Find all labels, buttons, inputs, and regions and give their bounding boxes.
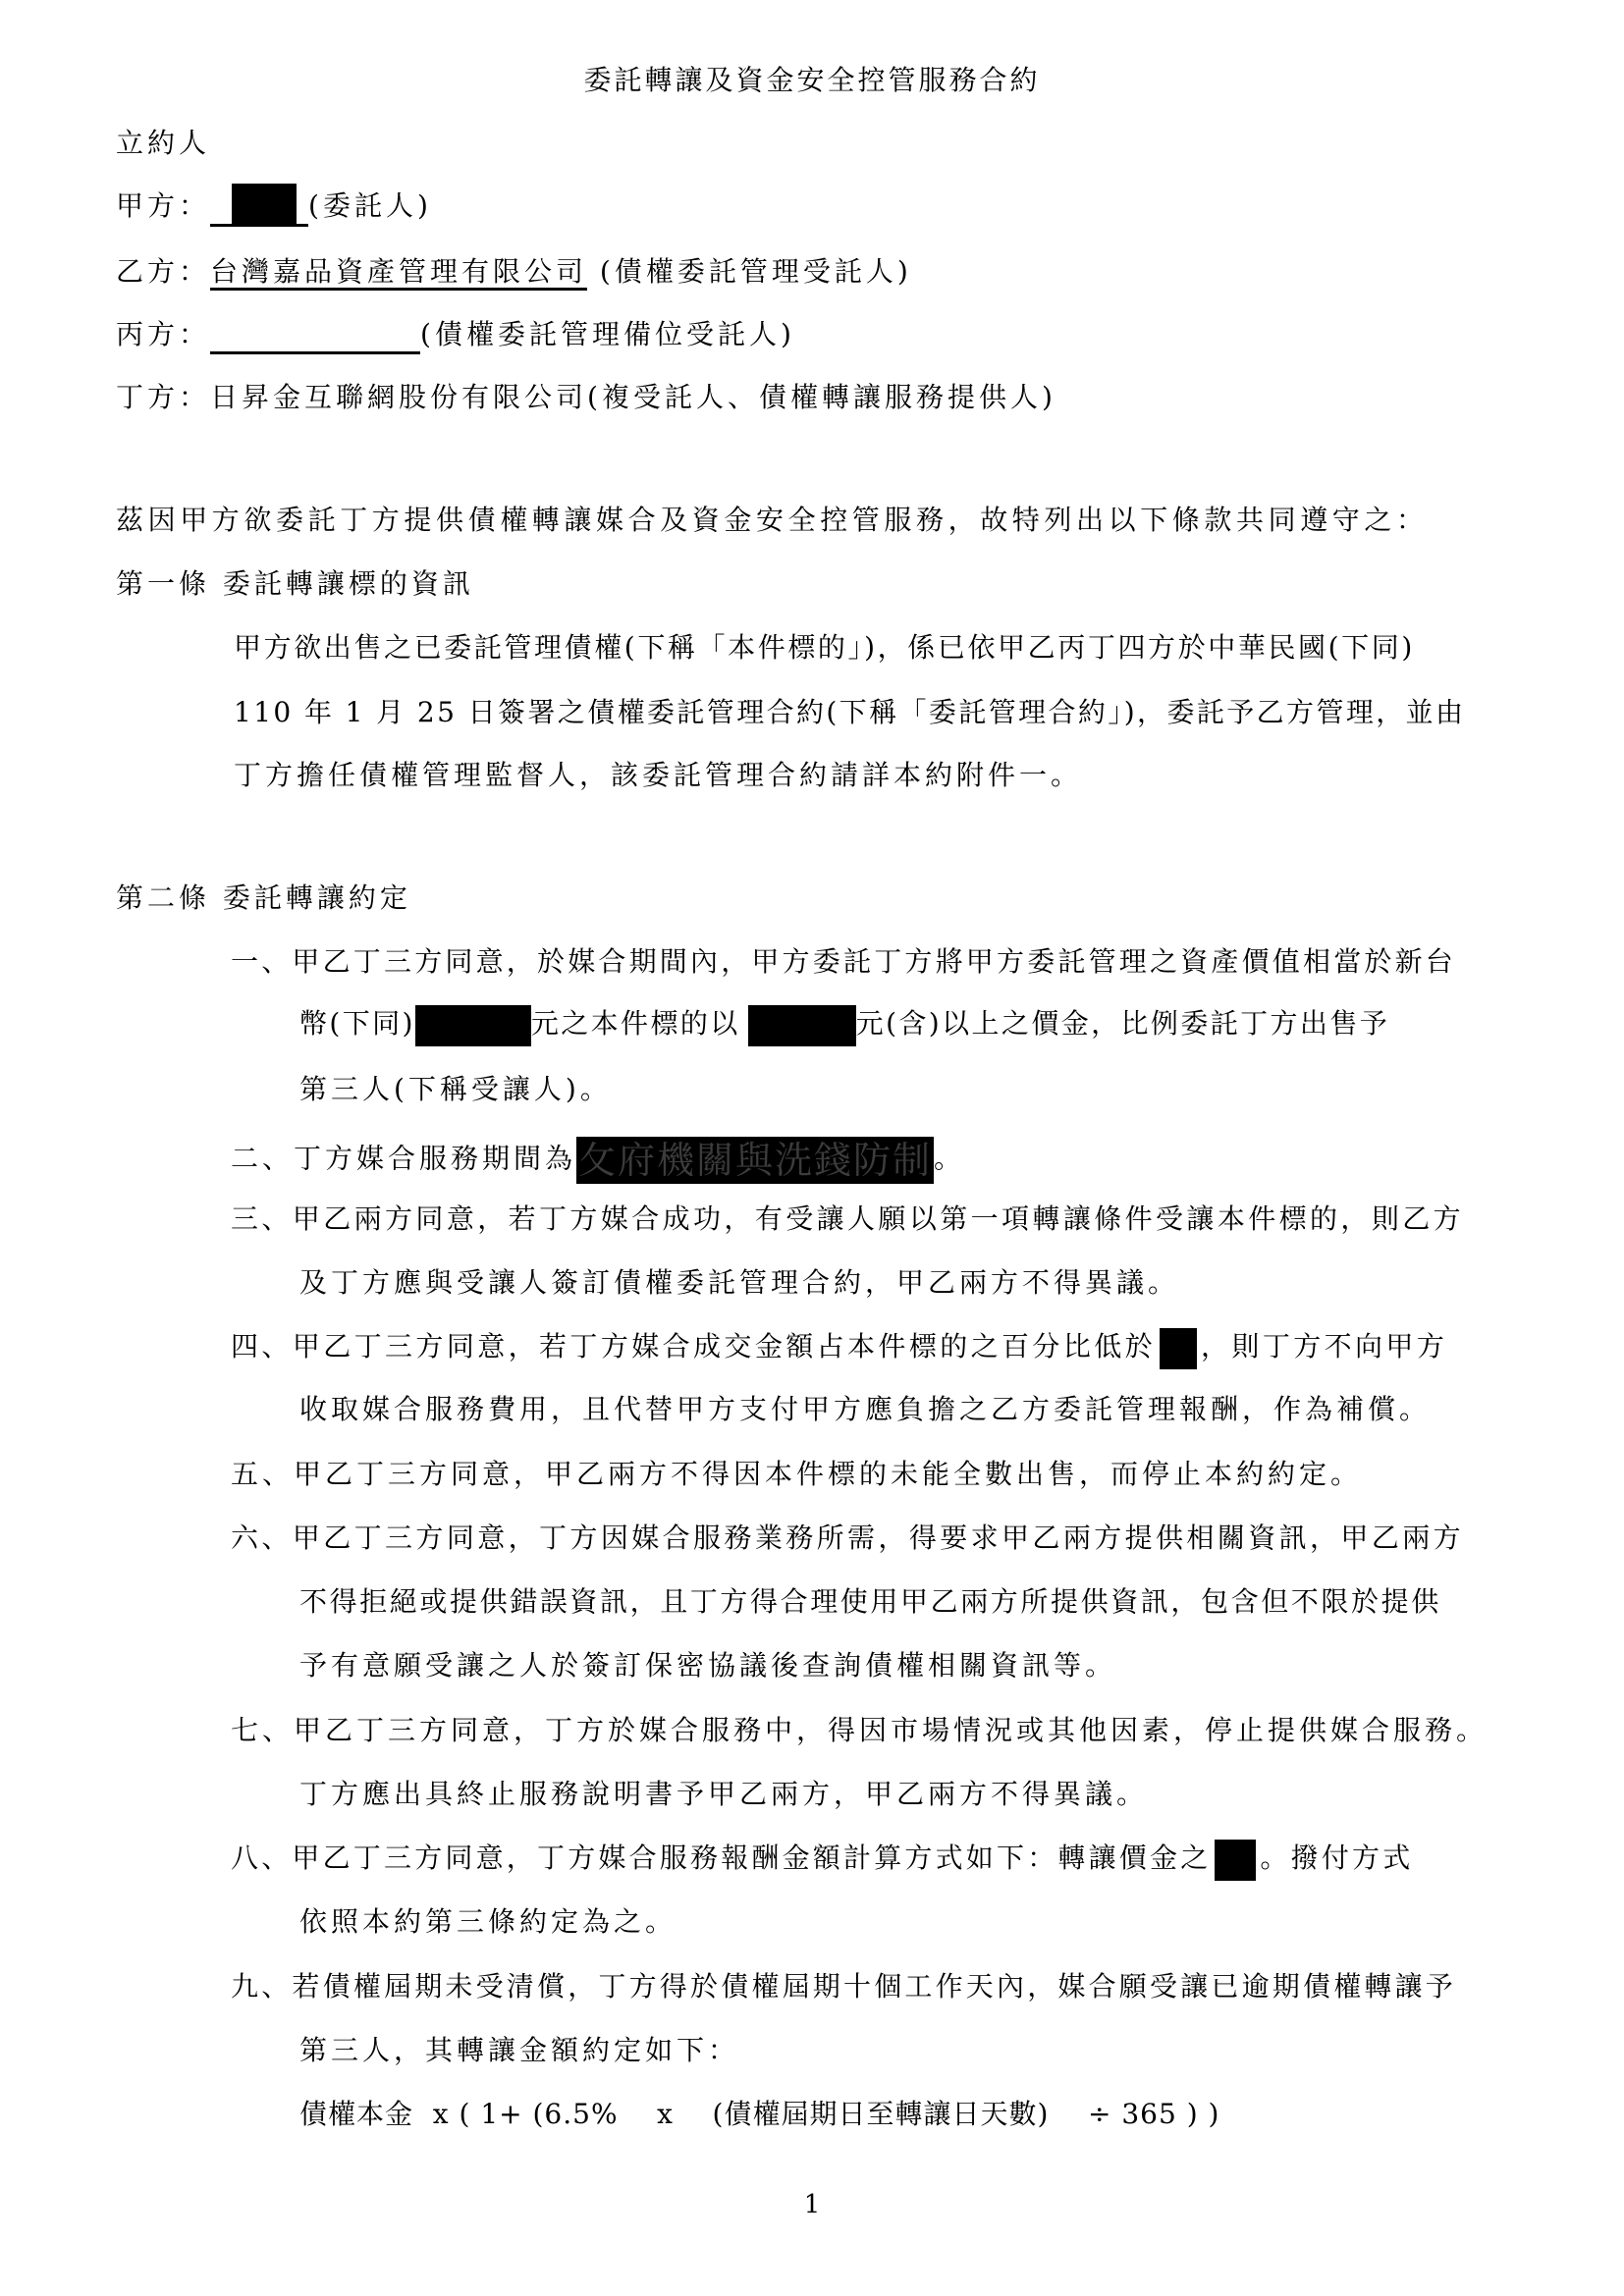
article2-item-6-line2: 不得拒絕或提供錯誤資訊，且丁方得合理使用甲乙兩方所提供資訊，包含但不限於提供 xyxy=(299,1582,1441,1622)
item-marker: 五、 xyxy=(231,1458,294,1490)
party-ding: 丁方：日昇金互聯網股份有限公司(複受託人、債權轉讓服務提供人) xyxy=(116,378,1056,417)
item-marker: 六、 xyxy=(231,1522,293,1554)
party-yi: 乙方：台灣嘉品資產管理有限公司 (債權委託管理受託人) xyxy=(116,252,912,292)
item-marker: 二、 xyxy=(231,1143,294,1175)
article2-heading: 第二條 委託轉讓約定 xyxy=(116,879,411,918)
item-marker: 四、 xyxy=(231,1330,293,1362)
item-text: 甲乙丁三方同意，丁方於媒合服務中，得因市場情況或其他因素，停止提供媒合服務。 xyxy=(294,1714,1488,1746)
item-text: 。 xyxy=(934,1143,965,1175)
party-bing-label: 丙方： xyxy=(116,318,210,350)
article2-item-8: 八、甲乙丁三方同意，丁方媒合服務報酬金額計算方式如下：轉讓價金之。撥付方式 xyxy=(231,1839,1413,1878)
article2-item-9: 九、若債權屆期未受清償，丁方得於債權屆期十個工作天內，媒合願受讓已逾期債權轉讓予 xyxy=(231,1967,1456,2006)
article2-item-6: 六、甲乙丁三方同意，丁方因媒合服務業務所需，得要求甲乙兩方提供相關資訊，甲乙兩方 xyxy=(231,1519,1464,1558)
blank-underline xyxy=(210,194,232,227)
item-text: 甲乙丁三方同意，甲乙兩方不得因本件標的未能全數出售，而停止本約約定。 xyxy=(294,1458,1362,1490)
item-text: 甲乙丁三方同意，於媒合期間內，甲方委託丁方將甲方委託管理之資產價值相當於新台 xyxy=(292,945,1456,978)
party-ding-name: 日昇金互聯網股份有限公司 xyxy=(210,381,587,413)
document-title: 委託轉讓及資金安全控管服務合約 xyxy=(0,61,1624,100)
article2-item-4-line2: 收取媒合服務費用，且代替甲方支付甲方應負擔之乙方委託管理報酬，作為補償。 xyxy=(299,1390,1431,1429)
article2-item-7-line2: 丁方應出具終止服務說明書予甲乙兩方，甲乙兩方不得異議。 xyxy=(299,1775,1148,1814)
item-text: 甲乙丁三方同意，若丁方媒合成交金額占本件標的之百分比低於 xyxy=(293,1330,1156,1362)
article2-item-2: 二、丁方媒合服務期間為攵府機關與洗錢防制。 xyxy=(231,1137,965,1176)
party-ding-role: (複受託人、債權轉讓服務提供人) xyxy=(587,381,1056,413)
transfer-amount-formula: 債權本金 x ( 1+ (6.5% x (債權屆期日至轉讓日天數) ÷ 365 … xyxy=(299,2095,1219,2134)
document-page: 委託轉讓及資金安全控管服務合約 立約人 甲方：(委託人) 乙方：台灣嘉品資產管理… xyxy=(0,0,1624,2296)
item-text: ，則丁方不向甲方 xyxy=(1201,1330,1447,1362)
item-text: 甲乙丁三方同意，丁方因媒合服務業務所需，得要求甲乙兩方提供相關資訊，甲乙兩方 xyxy=(293,1522,1464,1554)
redaction-box xyxy=(1215,1840,1256,1881)
item-text: 若債權屆期未受清償，丁方得於債權屆期十個工作天內，媒合願受讓已逾期債權轉讓予 xyxy=(292,1970,1456,2002)
article2-item-9-line2: 第三人，其轉讓金額約定如下： xyxy=(299,2031,739,2070)
party-yi-role: (債權委託管理受託人) xyxy=(587,255,912,288)
item-text: 甲乙兩方同意，若丁方媒合成功，有受讓人願以第一項轉讓條件受讓本件標的，則乙方 xyxy=(293,1202,1464,1235)
redaction-box-overlay-text: 攵府機關與洗錢防制 xyxy=(576,1137,934,1184)
article2-item-5: 五、甲乙丁三方同意，甲乙兩方不得因本件標的未能全數出售，而停止本約約定。 xyxy=(231,1455,1362,1494)
article2-item-8-line2: 依照本約第三條約定為之。 xyxy=(299,1902,677,1942)
article1-line: 110 年 1 月 25 日簽署之債權委託管理合約(下稱「委託管理合約」)，委託… xyxy=(234,693,1465,732)
party-yi-name: 台灣嘉品資產管理有限公司 xyxy=(210,255,587,291)
article2-item-3-line2: 及丁方應與受讓人簽訂債權委託管理合約，甲乙兩方不得異議。 xyxy=(299,1263,1179,1303)
redaction-box xyxy=(232,184,297,227)
page-number: 1 xyxy=(0,2185,1624,2224)
item-text: 幣(下同) xyxy=(299,1007,415,1040)
redaction-box xyxy=(748,1005,856,1046)
preamble: 茲因甲方欲委託丁方提供債權轉讓媒合及資金安全控管服務，故特列出以下條款共同遵守之… xyxy=(116,501,1429,540)
article2-item-4: 四、甲乙丁三方同意，若丁方媒合成交金額占本件標的之百分比低於，則丁方不向甲方 xyxy=(231,1327,1447,1366)
item-text: 丁方媒合服務期間為 xyxy=(294,1143,576,1175)
article1-heading: 第一條 委託轉讓標的資訊 xyxy=(116,564,474,604)
blank-underline xyxy=(297,194,308,227)
item-marker: 八、 xyxy=(231,1842,292,1874)
article2-item-1-line3: 第三人(下稱受讓人)。 xyxy=(299,1070,612,1109)
item-text: 元之本件標的以 xyxy=(531,1007,740,1040)
party-jia: 甲方：(委託人) xyxy=(116,187,432,226)
item-marker: 三、 xyxy=(231,1202,293,1235)
party-jia-label: 甲方： xyxy=(116,189,210,222)
party-yi-label: 乙方： xyxy=(116,255,210,288)
item-marker: 九、 xyxy=(231,1970,292,2002)
article2-item-6-line3: 予有意願受讓之人於簽訂保密協議後查詢債權相關資訊等。 xyxy=(299,1646,1116,1685)
article1-line: 甲方欲出售之已委託管理債權(下稱「本件標的」)，係已依甲乙丙丁四方於中華民國(下… xyxy=(234,628,1415,667)
article1-line: 丁方擔任債權管理監督人，該委託管理合約請詳本約附件一。 xyxy=(234,756,1082,795)
article2-item-1-line2: 幣(下同)元之本件標的以元(含)以上之價金，比例委託丁方出售予 xyxy=(299,1004,1389,1043)
article2-item-7: 七、甲乙丁三方同意，丁方於媒合服務中，得因市場情況或其他因素，停止提供媒合服務。 xyxy=(231,1711,1488,1750)
item-text: 。撥付方式 xyxy=(1260,1842,1413,1874)
article2-item-3: 三、甲乙兩方同意，若丁方媒合成功，有受讓人願以第一項轉讓條件受讓本件標的，則乙方 xyxy=(231,1200,1464,1239)
blank-underline xyxy=(210,322,420,354)
redaction-box xyxy=(1160,1328,1197,1369)
party-jia-role: (委託人) xyxy=(308,189,432,222)
item-marker: 七、 xyxy=(231,1714,294,1746)
item-marker: 一、 xyxy=(231,945,292,978)
party-bing-role: (債權委託管理備位受託人) xyxy=(420,318,795,350)
parties-heading: 立約人 xyxy=(116,124,210,163)
party-bing: 丙方：(債權委託管理備位受託人) xyxy=(116,315,795,354)
party-ding-label: 丁方： xyxy=(116,381,210,413)
item-text: 甲乙丁三方同意，丁方媒合服務報酬金額計算方式如下：轉讓價金之 xyxy=(292,1842,1211,1874)
item-text: 元(含)以上之價金，比例委託丁方出售予 xyxy=(856,1007,1389,1040)
redaction-box xyxy=(415,1005,531,1046)
article2-item-1: 一、甲乙丁三方同意，於媒合期間內，甲方委託丁方將甲方委託管理之資產價值相當於新台 xyxy=(231,942,1456,982)
